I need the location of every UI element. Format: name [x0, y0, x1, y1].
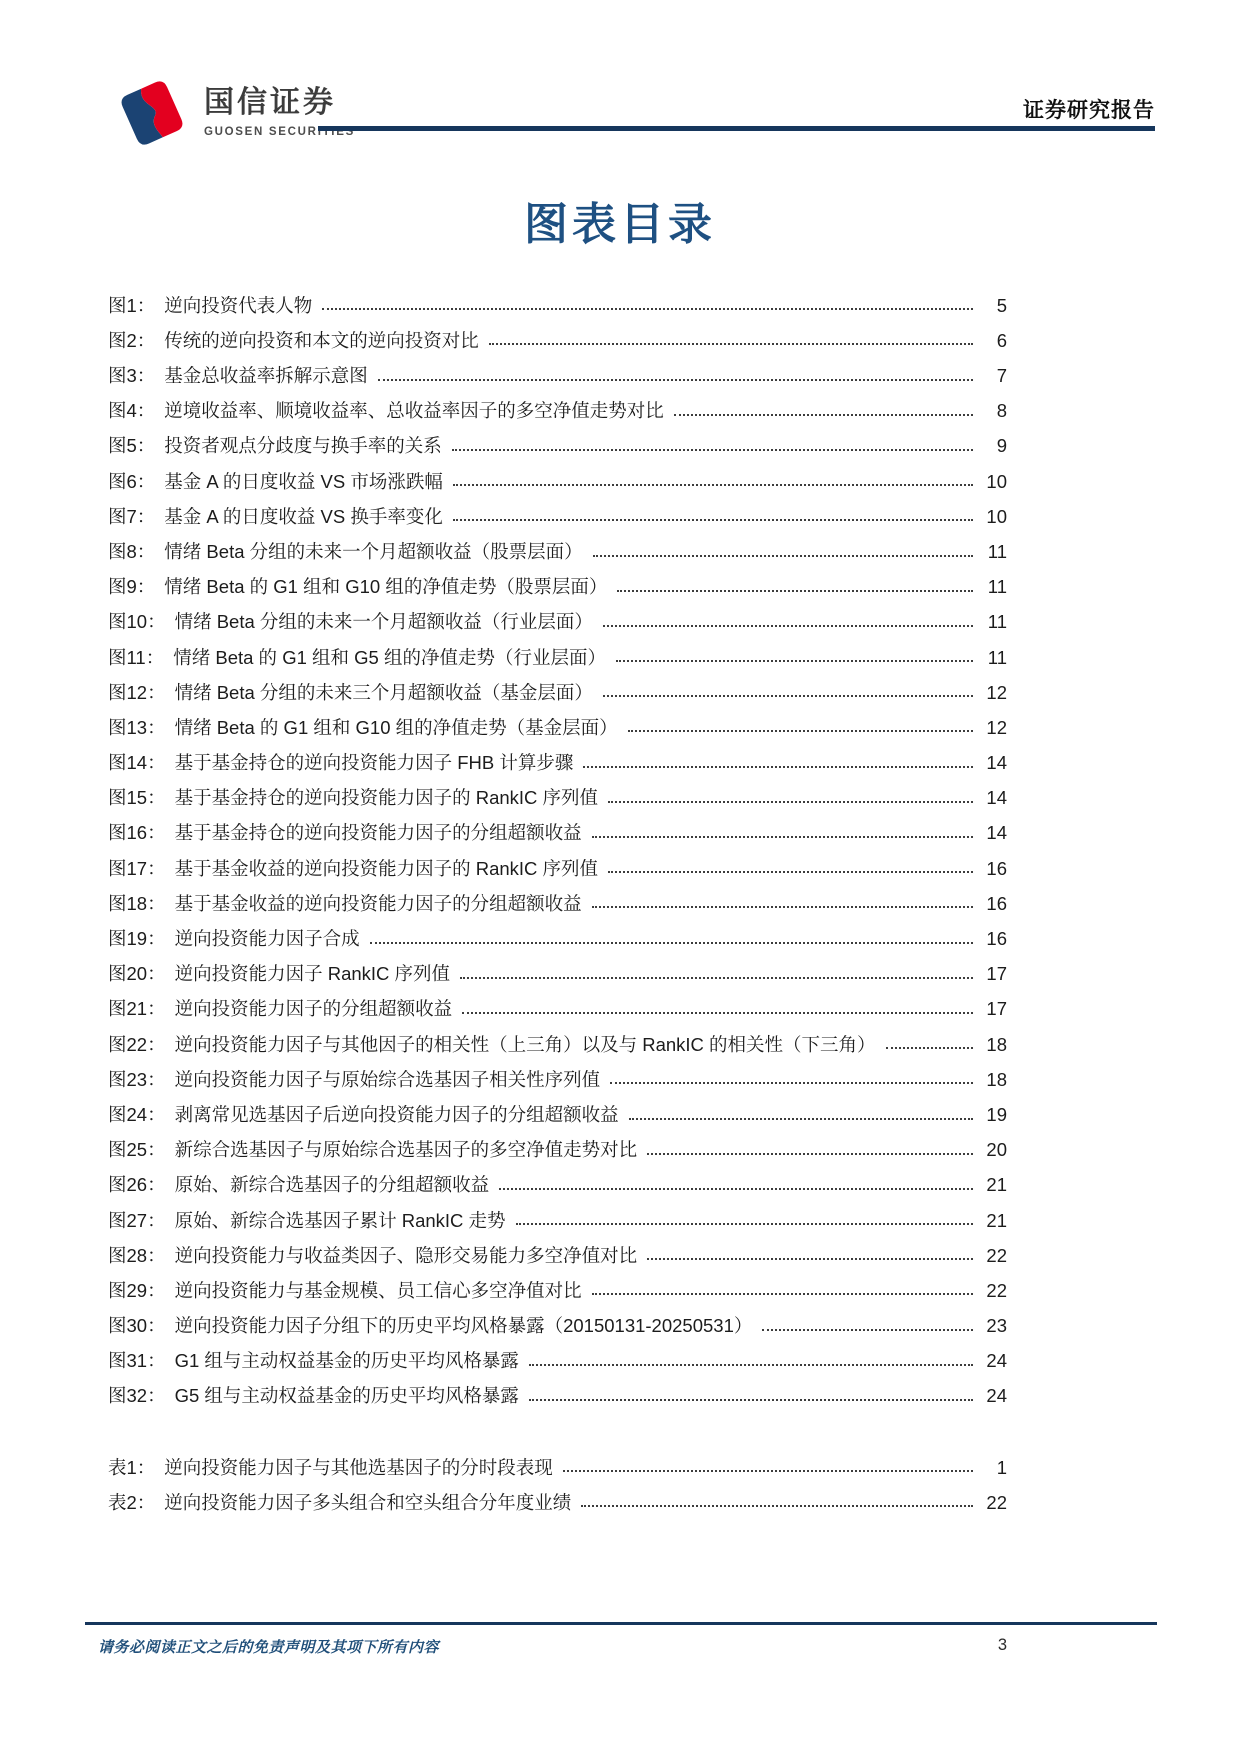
toc-entry: 图24： 剥离常见选基因子后逆向投资能力因子的分组超额收益 19 — [108, 1091, 1007, 1126]
toc-entry-title: 情绪 Beta 的 G1 组和 G5 组的净值走势（行业层面） — [173, 647, 606, 670]
toc-entry: 图5： 投资者观点分歧度与换手率的关系 9 — [108, 423, 1007, 458]
toc-entry-label: 图17： — [108, 858, 166, 881]
toc-entry: 图29： 逆向投资能力与基金规模、员工信心多空净值对比 22 — [108, 1267, 1007, 1302]
toc-entry-label: 图30： — [108, 1315, 166, 1338]
dot-leader — [610, 1082, 973, 1084]
toc-entry-label: 图21： — [108, 998, 166, 1021]
toc-entry: 图6： 基金 A 的日度收益 VS 市场涨跌幅 10 — [108, 458, 1007, 493]
toc-entry-page: 22 — [977, 1245, 1007, 1268]
dot-leader — [592, 836, 973, 838]
toc-entry-page: 23 — [977, 1315, 1007, 1338]
dot-leader — [592, 1293, 973, 1295]
toc-entry-label: 图32： — [108, 1385, 166, 1408]
toc-entry-page: 21 — [977, 1174, 1007, 1197]
toc-entry-title: 情绪 Beta 分组的未来一个月超额收益（行业层面） — [175, 611, 593, 634]
toc-entry-title: 基于基金持仓的逆向投资能力因子 FHB 计算步骤 — [175, 752, 574, 775]
toc-entry-page: 18 — [977, 1034, 1007, 1057]
toc-entry-label: 图7： — [108, 506, 155, 529]
toc-entry-page: 12 — [977, 717, 1007, 740]
toc-entry: 图26： 原始、新综合选基因子的分组超额收益 21 — [108, 1162, 1007, 1197]
toc-entry: 图11： 情绪 Beta 的 G1 组和 G5 组的净值走势（行业层面） 11 — [108, 634, 1007, 669]
dot-leader — [462, 1012, 973, 1014]
dot-leader — [603, 695, 973, 697]
toc-entry-label: 图29： — [108, 1280, 166, 1303]
toc-entry: 图13： 情绪 Beta 的 G1 组和 G10 组的净值走势（基金层面） 12 — [108, 704, 1007, 739]
toc-entry-label: 图2： — [108, 330, 155, 353]
dot-leader — [592, 906, 973, 908]
toc-entry-title: 情绪 Beta 分组的未来一个月超额收益（股票层面） — [164, 541, 582, 564]
toc-entry-title: 基金总收益率拆解示意图 — [164, 365, 368, 388]
dot-leader — [516, 1223, 973, 1225]
dot-leader — [647, 1258, 973, 1260]
toc-entry-page: 6 — [977, 330, 1007, 353]
toc-entry-label: 图25： — [108, 1139, 166, 1162]
toc-entry: 图17： 基于基金收益的逆向投资能力因子的 RankIC 序列值 16 — [108, 845, 1007, 880]
toc-entry: 图32： G5 组与主动权益基金的历史平均风格暴露 24 — [108, 1373, 1007, 1408]
dot-leader — [617, 590, 973, 592]
dot-leader — [608, 871, 973, 873]
toc-entry-label: 图3： — [108, 365, 155, 388]
toc-entry-title: 逆向投资能力因子的分组超额收益 — [175, 998, 453, 1021]
toc-entry-page: 8 — [977, 400, 1007, 423]
toc-entry: 图28： 逆向投资能力与收益类因子、隐形交易能力多空净值对比 22 — [108, 1232, 1007, 1267]
toc-entry-label: 图28： — [108, 1245, 166, 1268]
toc-entry-label: 图18： — [108, 893, 166, 916]
toc-entry-label: 图6： — [108, 471, 155, 494]
toc-entry-label: 图24： — [108, 1104, 166, 1127]
toc-entry: 图10： 情绪 Beta 分组的未来一个月超额收益（行业层面） 11 — [108, 599, 1007, 634]
toc-entry-page: 9 — [977, 435, 1007, 458]
toc-entry-title: 逆向投资能力因子与其他选基因子的分时段表现 — [164, 1457, 553, 1480]
toc-entry: 图22： 逆向投资能力因子与其他因子的相关性（上三角）以及与 RankIC 的相… — [108, 1021, 1007, 1056]
toc-entry-page: 14 — [977, 752, 1007, 775]
dot-leader — [886, 1047, 973, 1049]
toc-entry: 图4： 逆境收益率、顺境收益率、总收益率因子的多空净值走势对比 8 — [108, 388, 1007, 423]
toc-entry-label: 图9： — [108, 576, 155, 599]
toc-entry-label: 图27： — [108, 1210, 166, 1233]
toc: 图1： 逆向投资代表人物 5 图2： 传统的逆向投资和本文的逆向投资对比 6 图… — [108, 282, 1007, 1514]
table-list: 表1： 逆向投资能力因子与其他选基因子的分时段表现 1 表2： 逆向投资能力因子… — [108, 1444, 1007, 1514]
toc-entry-label: 图16： — [108, 822, 166, 845]
dot-leader — [370, 942, 973, 944]
toc-entry-page: 20 — [977, 1139, 1007, 1162]
toc-entry-label: 图19： — [108, 928, 166, 951]
toc-entry-title: 原始、新综合选基因子累计 RankIC 走势 — [175, 1210, 506, 1233]
dot-leader — [581, 1505, 973, 1507]
toc-entry: 图7： 基金 A 的日度收益 VS 换手率变化 10 — [108, 493, 1007, 528]
toc-entry-label: 图1： — [108, 295, 155, 318]
toc-entry-label: 图11： — [108, 647, 164, 670]
toc-entry: 表1： 逆向投资能力因子与其他选基因子的分时段表现 1 — [108, 1444, 1007, 1479]
toc-entry-title: 基于基金收益的逆向投资能力因子的 RankIC 序列值 — [175, 858, 598, 881]
dot-leader — [529, 1399, 973, 1401]
toc-entry-title: 逆境收益率、顺境收益率、总收益率因子的多空净值走势对比 — [164, 400, 664, 423]
toc-entry-page: 5 — [977, 295, 1007, 318]
toc-entry: 图18： 基于基金收益的逆向投资能力因子的分组超额收益 16 — [108, 880, 1007, 915]
dot-leader — [453, 519, 973, 521]
toc-entry-title: 情绪 Beta 的 G1 组和 G10 组的净值走势（基金层面） — [175, 717, 618, 740]
page-title: 图表目录 — [0, 188, 1240, 252]
toc-entry: 表2： 逆向投资能力因子多头组合和空头组合分年度业绩 22 — [108, 1479, 1007, 1514]
dot-leader — [629, 1118, 973, 1120]
toc-entry-title: 基金 A 的日度收益 VS 换手率变化 — [164, 506, 443, 529]
toc-entry-label: 图14： — [108, 752, 166, 775]
toc-entry-label: 图12： — [108, 682, 166, 705]
toc-entry-label: 表2： — [108, 1492, 155, 1515]
toc-entry-title: 情绪 Beta 分组的未来三个月超额收益（基金层面） — [175, 682, 593, 705]
dot-leader — [608, 801, 973, 803]
toc-entry: 图27： 原始、新综合选基因子累计 RankIC 走势 21 — [108, 1197, 1007, 1232]
toc-entry-title: G5 组与主动权益基金的历史平均风格暴露 — [175, 1385, 519, 1408]
toc-entry-title: 逆向投资能力因子分组下的历史平均风格暴露（20150131-20250531） — [175, 1315, 753, 1338]
toc-entry-title: 逆向投资能力因子与其他因子的相关性（上三角）以及与 RankIC 的相关性（下三… — [175, 1034, 876, 1057]
report-type-label: 证券研究报告 — [1023, 94, 1155, 124]
dot-leader — [322, 308, 973, 310]
toc-entry: 图15： 基于基金持仓的逆向投资能力因子的 RankIC 序列值 14 — [108, 775, 1007, 810]
toc-entry-page: 24 — [977, 1385, 1007, 1408]
toc-entry-title: 逆向投资能力因子与原始综合选基因子相关性序列值 — [175, 1069, 601, 1092]
toc-entry-label: 图15： — [108, 787, 166, 810]
toc-entry: 图9： 情绪 Beta 的 G1 组和 G10 组的净值走势（股票层面） 11 — [108, 564, 1007, 599]
toc-entry: 图20： 逆向投资能力因子 RankIC 序列值 17 — [108, 951, 1007, 986]
dot-leader — [583, 766, 973, 768]
dot-leader — [674, 414, 973, 416]
toc-entry-page: 11 — [977, 647, 1007, 670]
toc-entry-title: 逆向投资能力因子 RankIC 序列值 — [175, 963, 450, 986]
toc-entry-label: 图31： — [108, 1350, 166, 1373]
toc-entry-page: 11 — [977, 611, 1007, 634]
dot-leader — [529, 1364, 973, 1366]
dot-leader — [593, 555, 973, 557]
toc-entry-page: 12 — [977, 682, 1007, 705]
toc-entry-page: 22 — [977, 1280, 1007, 1303]
toc-entry-page: 10 — [977, 506, 1007, 529]
guosen-logo-icon — [114, 80, 190, 151]
toc-entry-page: 16 — [977, 893, 1007, 916]
toc-entry-page: 7 — [977, 365, 1007, 388]
toc-entry-page: 11 — [977, 576, 1007, 599]
dot-leader — [452, 449, 973, 451]
dot-leader — [628, 730, 973, 732]
toc-entry-label: 图5： — [108, 435, 155, 458]
toc-entry-label: 图20： — [108, 963, 166, 986]
toc-entry-label: 图23： — [108, 1069, 166, 1092]
toc-entry: 图2： 传统的逆向投资和本文的逆向投资对比 6 — [108, 317, 1007, 352]
toc-entry-page: 18 — [977, 1069, 1007, 1092]
toc-entry-label: 表1： — [108, 1457, 155, 1480]
toc-entry: 图12： 情绪 Beta 分组的未来三个月超额收益（基金层面） 12 — [108, 669, 1007, 704]
toc-entry-title: 逆向投资代表人物 — [164, 295, 312, 318]
toc-entry-title: 剥离常见选基因子后逆向投资能力因子的分组超额收益 — [175, 1104, 619, 1127]
toc-entry-title: 基金 A 的日度收益 VS 市场涨跌幅 — [164, 471, 443, 494]
toc-entry-title: 逆向投资能力因子合成 — [175, 928, 360, 951]
toc-entry-title: 基于基金持仓的逆向投资能力因子的 RankIC 序列值 — [175, 787, 598, 810]
toc-entry-title: 逆向投资能力与收益类因子、隐形交易能力多空净值对比 — [175, 1245, 638, 1268]
toc-entry-page: 24 — [977, 1350, 1007, 1373]
toc-entry-page: 10 — [977, 471, 1007, 494]
toc-entry: 图1： 逆向投资代表人物 5 — [108, 282, 1007, 317]
brand-name-cn: 国信证券 — [204, 86, 355, 119]
dot-leader — [378, 379, 973, 381]
toc-entry-title: G1 组与主动权益基金的历史平均风格暴露 — [175, 1350, 519, 1373]
toc-entry-title: 原始、新综合选基因子的分组超额收益 — [175, 1174, 490, 1197]
toc-entry: 图30： 逆向投资能力因子分组下的历史平均风格暴露（20150131-20250… — [108, 1302, 1007, 1337]
toc-entry-title: 投资者观点分歧度与换手率的关系 — [164, 435, 442, 458]
footer-divider — [85, 1622, 1157, 1625]
toc-entry-label: 图22： — [108, 1034, 166, 1057]
toc-entry-page: 1 — [977, 1457, 1007, 1480]
toc-entry-title: 逆向投资能力因子多头组合和空头组合分年度业绩 — [164, 1492, 571, 1515]
toc-entry-label: 图13： — [108, 717, 166, 740]
dot-leader — [603, 625, 973, 627]
toc-entry-title: 基于基金收益的逆向投资能力因子的分组超额收益 — [175, 893, 582, 916]
toc-entry-title: 传统的逆向投资和本文的逆向投资对比 — [164, 330, 479, 353]
toc-entry-label: 图4： — [108, 400, 155, 423]
toc-entry-title: 基于基金持仓的逆向投资能力因子的分组超额收益 — [175, 822, 582, 845]
toc-entry-title: 逆向投资能力与基金规模、员工信心多空净值对比 — [175, 1280, 582, 1303]
toc-entry: 图25： 新综合选基因子与原始综合选基因子的多空净值走势对比 20 — [108, 1127, 1007, 1162]
toc-entry-page: 21 — [977, 1210, 1007, 1233]
toc-entry-page: 16 — [977, 858, 1007, 881]
toc-entry-label: 图8： — [108, 541, 155, 564]
toc-entry: 图14： 基于基金持仓的逆向投资能力因子 FHB 计算步骤 14 — [108, 739, 1007, 774]
toc-entry-page: 14 — [977, 787, 1007, 810]
toc-entry-title: 情绪 Beta 的 G1 组和 G10 组的净值走势（股票层面） — [164, 576, 607, 599]
dot-leader — [453, 484, 973, 486]
dot-leader — [762, 1329, 973, 1331]
toc-entry: 图31： G1 组与主动权益基金的历史平均风格暴露 24 — [108, 1338, 1007, 1373]
report-page: 国信证券 GUOSEN SECURITIES 证券研究报告 图表目录 图1： 逆… — [0, 0, 1240, 1754]
toc-entry-page: 17 — [977, 998, 1007, 1021]
toc-entry-title: 新综合选基因子与原始综合选基因子的多空净值走势对比 — [175, 1139, 638, 1162]
toc-entry: 图16： 基于基金持仓的逆向投资能力因子的分组超额收益 14 — [108, 810, 1007, 845]
toc-entry-page: 16 — [977, 928, 1007, 951]
toc-entry: 图19： 逆向投资能力因子合成 16 — [108, 915, 1007, 950]
footer-page-number: 3 — [108, 1636, 1007, 1655]
toc-entry-page: 19 — [977, 1104, 1007, 1127]
dot-leader — [647, 1153, 973, 1155]
dot-leader — [563, 1470, 973, 1472]
toc-entry-page: 14 — [977, 822, 1007, 845]
toc-entry-page: 17 — [977, 963, 1007, 986]
toc-entry: 图21： 逆向投资能力因子的分组超额收益 17 — [108, 986, 1007, 1021]
toc-entry-label: 图26： — [108, 1174, 166, 1197]
toc-entry: 图8： 情绪 Beta 分组的未来一个月超额收益（股票层面） 11 — [108, 528, 1007, 563]
dot-leader — [460, 977, 973, 979]
toc-entry: 图23： 逆向投资能力因子与原始综合选基因子相关性序列值 18 — [108, 1056, 1007, 1091]
figure-list: 图1： 逆向投资代表人物 5 图2： 传统的逆向投资和本文的逆向投资对比 6 图… — [108, 282, 1007, 1408]
dot-leader — [489, 343, 973, 345]
dot-leader — [499, 1188, 973, 1190]
toc-entry: 图3： 基金总收益率拆解示意图 7 — [108, 352, 1007, 387]
dot-leader — [616, 660, 973, 662]
header-divider — [318, 126, 1155, 131]
toc-entry-page: 11 — [977, 541, 1007, 564]
toc-entry-label: 图10： — [108, 611, 166, 634]
toc-entry-page: 22 — [977, 1492, 1007, 1515]
